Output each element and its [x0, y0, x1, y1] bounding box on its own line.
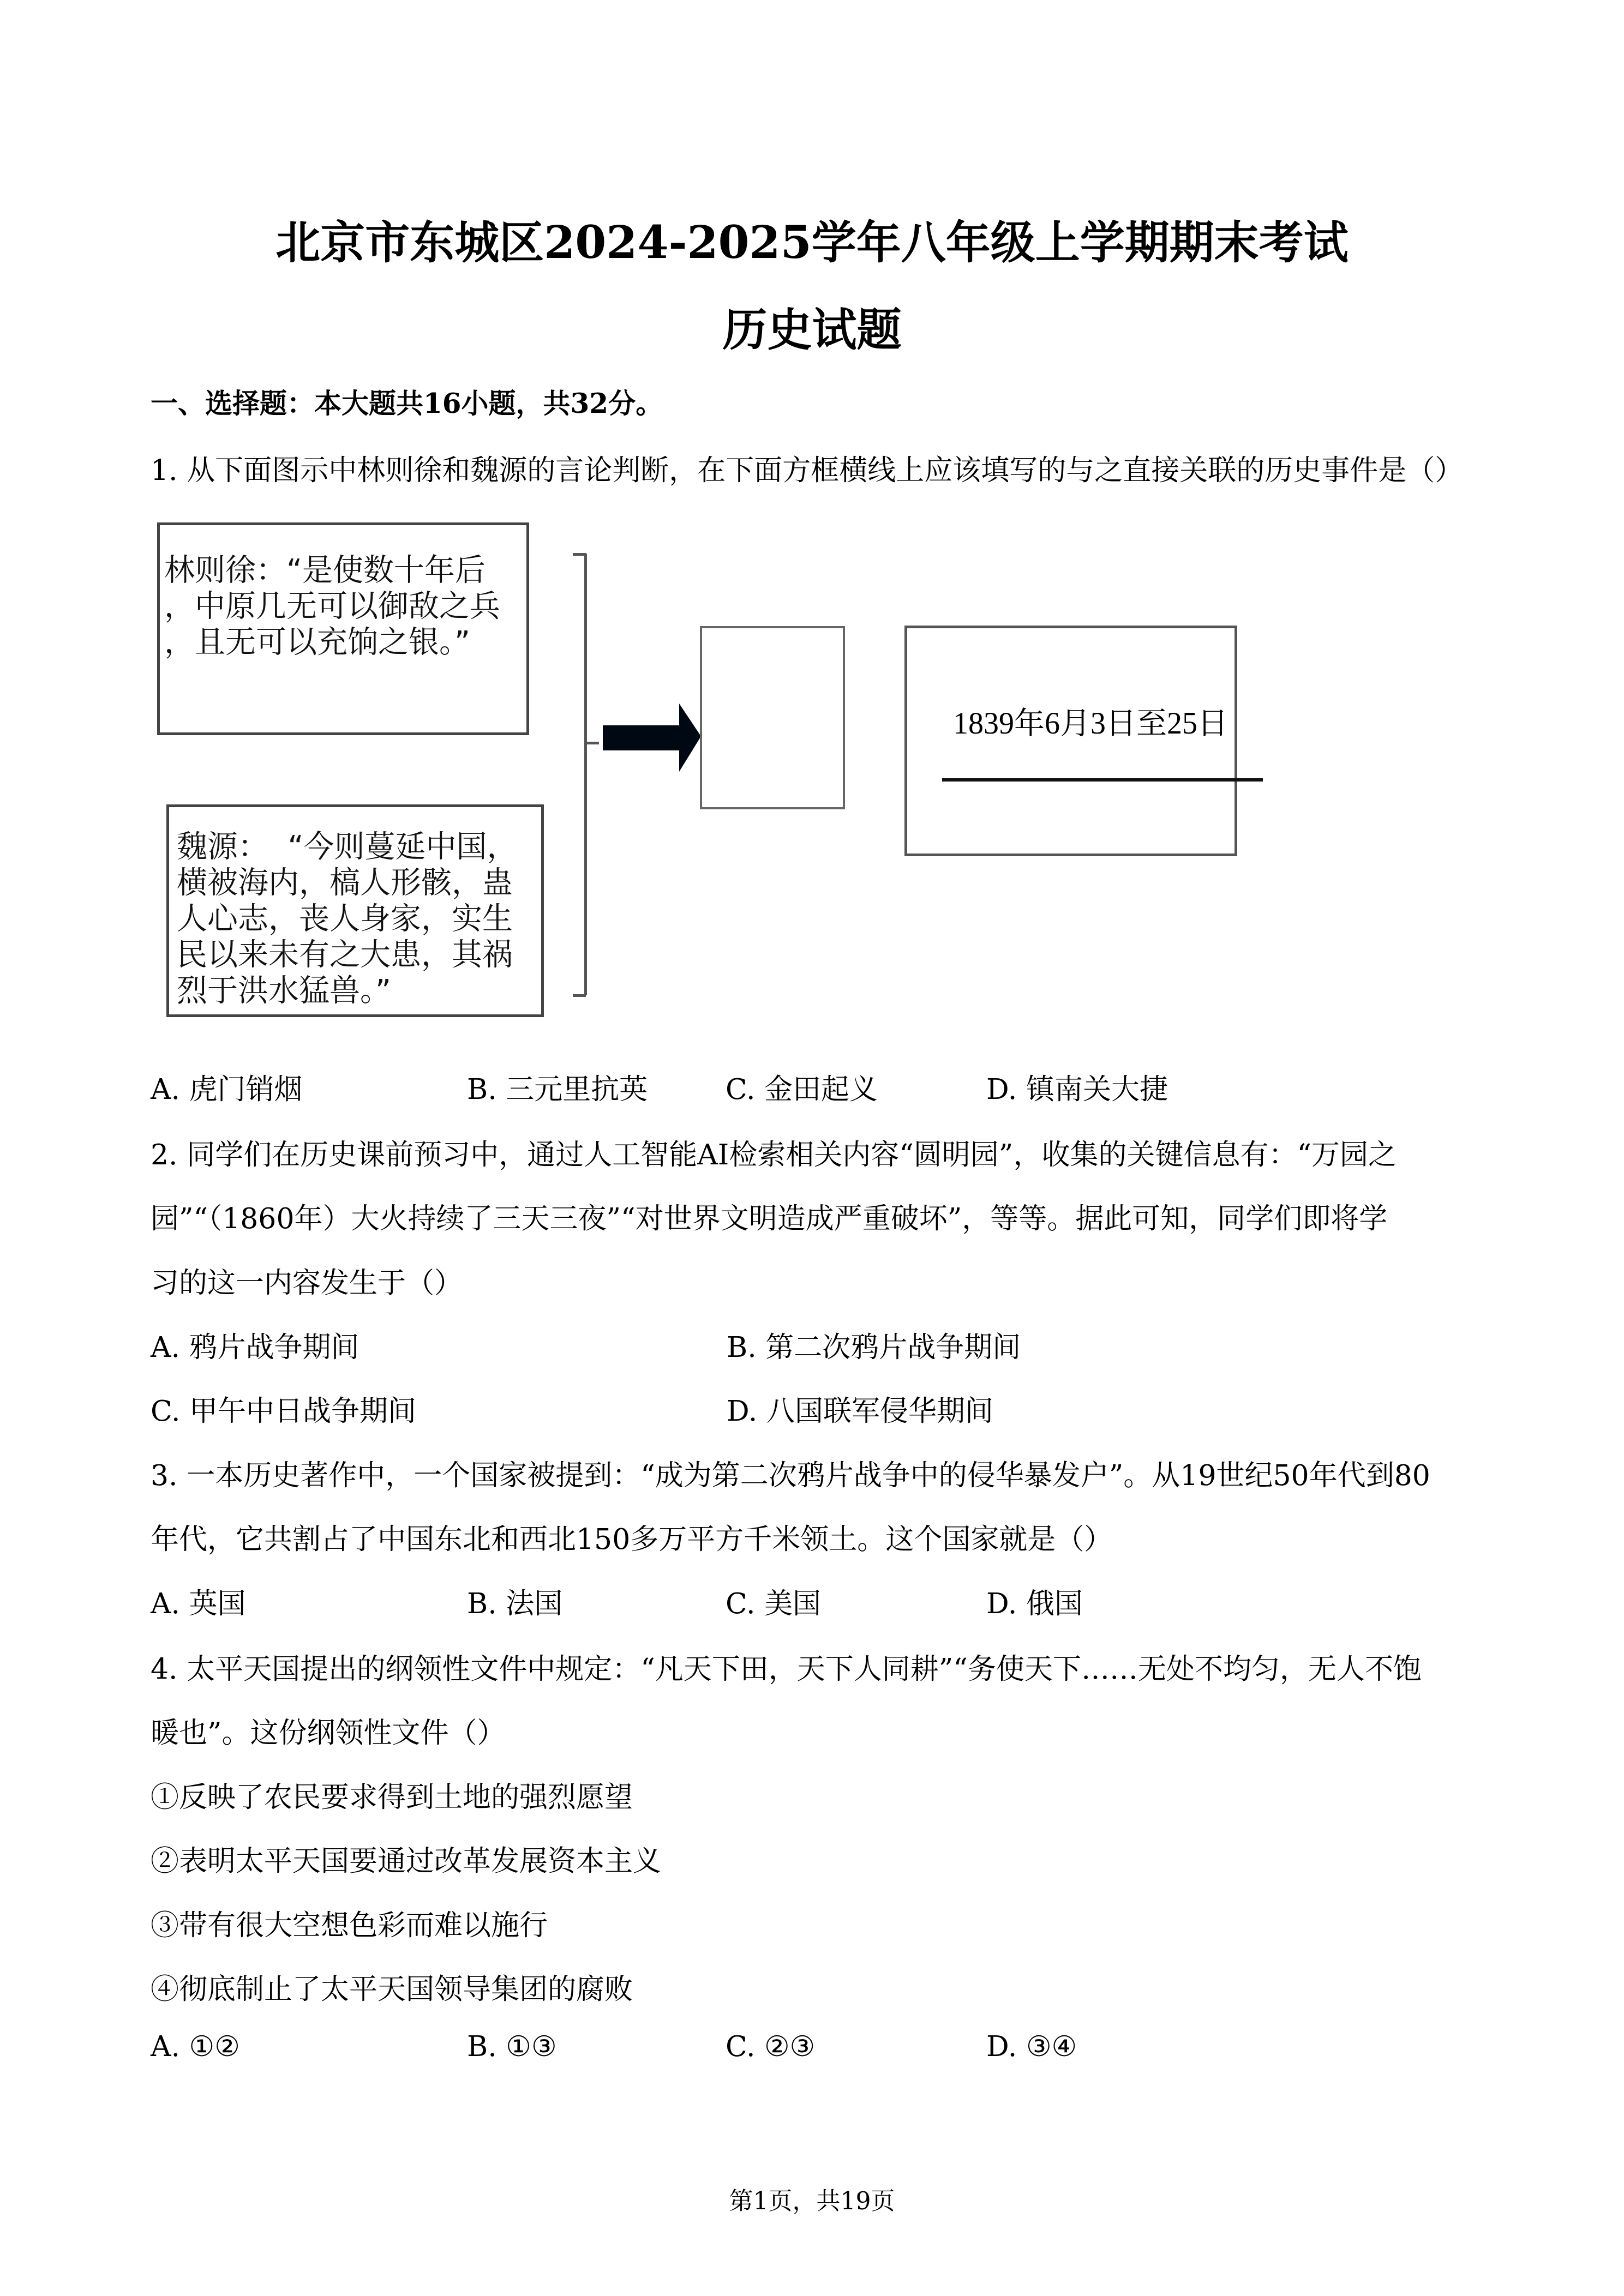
option-b[interactable]: B. ①③: [467, 2030, 557, 2063]
option-c[interactable]: C. 甲午中日战争期间: [151, 1388, 416, 1429]
option-d[interactable]: D. 八国联军侵华期间: [727, 1388, 993, 1429]
option-b[interactable]: B. 三元里抗英: [467, 1066, 648, 1107]
option-d[interactable]: D. 俄国: [986, 1580, 1083, 1621]
event-date-text: 1839年6月3日至25日: [953, 699, 1228, 743]
option-b[interactable]: B. 第二次鸦片战争期间: [727, 1324, 1021, 1365]
question-text: 习的这一内容发生于（）: [151, 1260, 463, 1301]
statement-1: ①反映了农民要求得到土地的强烈愿望: [151, 1774, 633, 1815]
option-a[interactable]: A. ①②: [151, 2030, 240, 2063]
question-text: 园”“（1860年）大火持续了三天三夜”“对世界文明造成严重破坏”，等等。据此可…: [151, 1195, 1387, 1236]
event-answer-box: [700, 626, 845, 809]
option-d[interactable]: D. 镇南关大捷: [986, 1066, 1168, 1107]
right-arrow-icon: [603, 704, 701, 780]
answer-blank-line: [942, 778, 1263, 782]
question-text: 暖也”。这份纲领性文件（）: [151, 1710, 506, 1751]
statement-2: ②表明太平天国要通过改革发展资本主义: [151, 1838, 661, 1879]
question-text: 2. 同学们在历史课前预习中，通过人工智能AI检索相关内容“圆明园”，收集的关键…: [151, 1132, 1397, 1173]
option-a[interactable]: A. 英国: [151, 1580, 246, 1621]
question-text: 1. 从下面图示中林则徐和魏源的言论判断，在下面方框横线上应该填写的与之直接关联…: [151, 447, 1463, 488]
option-a[interactable]: A. 鸦片战争期间: [151, 1324, 359, 1365]
quote-box-wei-yuan: 魏源： “今则蔓延中国， 横被海内，槁人形骸，蛊 人心志，丧人身家，实生 民以来…: [166, 804, 544, 1017]
option-a[interactable]: A. 虎门销烟: [151, 1066, 303, 1107]
section-heading: 一、选择题：本大题共16小题，共32分。: [151, 382, 663, 421]
option-c[interactable]: C. 美国: [726, 1580, 821, 1621]
document-subtitle: 历史试题: [0, 294, 1624, 358]
document-title: 北京市东城区2024-2025学年八年级上学期期末考试: [0, 207, 1624, 271]
question-text: 4. 太平天国提出的纲领性文件中规定：“凡天下田，天下人同耕”“务使天下……无处…: [151, 1646, 1422, 1687]
quote-lin-zexu: 林则徐：“是使数十年后 ，中原几无可以御敌之兵 ，且无可以充饷之银。”: [164, 552, 500, 660]
quote-box-lin-zexu: 林则徐：“是使数十年后 ，中原几无可以御敌之兵 ，且无可以充饷之银。”: [157, 522, 529, 735]
option-d[interactable]: D. ③④: [986, 2030, 1077, 2063]
statement-3: ③带有很大空想色彩而难以施行: [151, 1902, 548, 1943]
option-b[interactable]: B. 法国: [467, 1580, 562, 1621]
event-date-box: 1839年6月3日至25日: [904, 626, 1237, 856]
option-c[interactable]: C. ②③: [726, 2030, 815, 2063]
question-text: 3. 一本历史著作中，一个国家被提到：“成为第二次鸦片战争中的侵华暴发户”。从1…: [151, 1452, 1430, 1493]
option-c[interactable]: C. 金田起义: [726, 1066, 878, 1107]
page-footer: 第1页，共19页: [0, 2181, 1624, 2216]
statement-4: ④彻底制止了太平天国领导集团的腐败: [151, 1966, 633, 2007]
quote-wei-yuan: 魏源： “今则蔓延中国， 横被海内，槁人形骸，蛊 人心志，丧人身家，实生 民以来…: [177, 829, 518, 1009]
question-text: 年代，它共割占了中国东北和西北150多万平方千米领土。这个国家就是（）: [151, 1516, 1112, 1557]
